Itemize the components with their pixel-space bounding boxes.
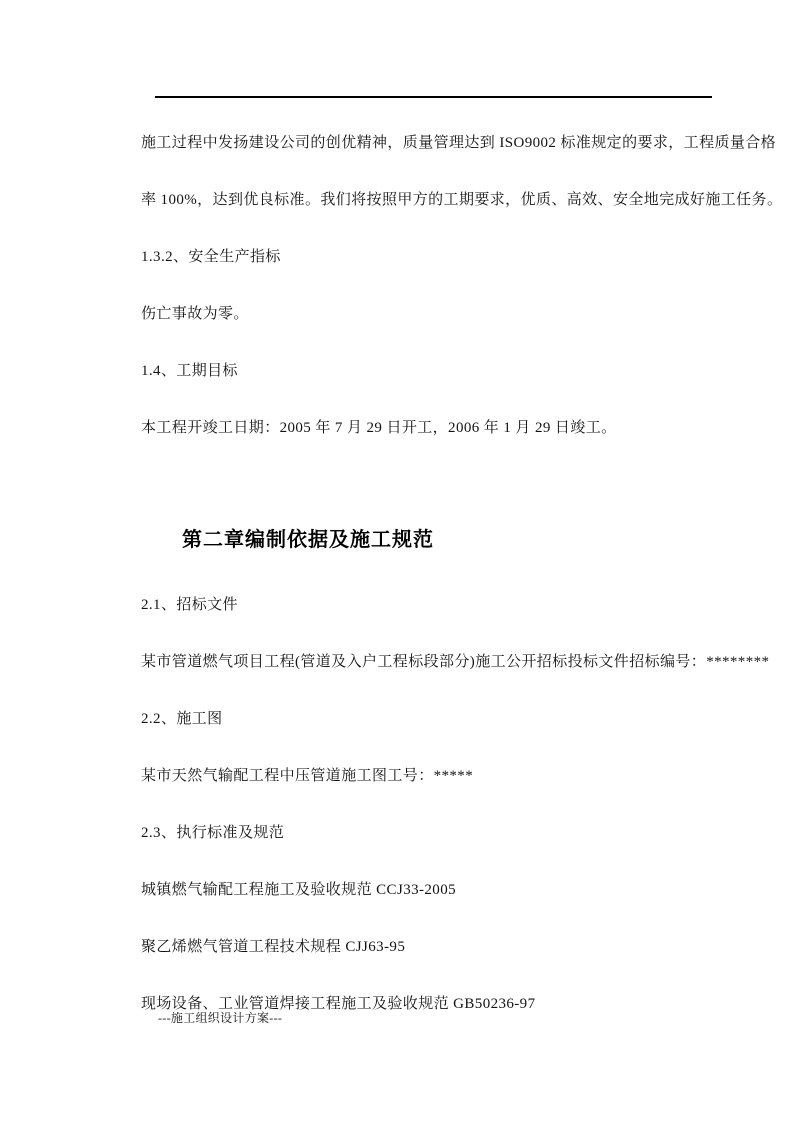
- chapter-2-heading: 第二章编制依据及施工规范: [182, 527, 434, 553]
- heading-2-3-standards: 2.3、执行标准及规范: [141, 824, 284, 843]
- para-construction-drawing: 某市天然气输配工程中压管道施工图工号：*****: [141, 767, 473, 786]
- para-start-finish-dates: 本工程开竣工日期：2005 年 7 月 29 日开工，2006 年 1 月 29…: [141, 419, 617, 438]
- heading-2-1-tender-documents: 2.1、招标文件: [141, 596, 238, 615]
- heading-1-4-schedule-target: 1.4、工期目标: [141, 362, 238, 381]
- page-footer: ---施工组织设计方案---: [158, 1011, 282, 1026]
- document-page: 施工过程中发扬建设公司的创优精神，质量管理达到 ISO9002 标准规定的要求，…: [0, 0, 793, 1122]
- intro-line-2: 率 100%，达到优良标准。我们将按照甲方的工期要求，优质、高效、安全地完成好施…: [141, 191, 782, 210]
- intro-line-1: 施工过程中发扬建设公司的创优精神，质量管理达到 ISO9002 标准规定的要求，…: [141, 134, 776, 153]
- para-zero-casualty: 伤亡事故为零。: [141, 305, 249, 324]
- header-rule: [155, 96, 712, 98]
- para-tender-document: 某市管道燃气项目工程(管道及入户工程标段部分)施工公开招标投标文件招标编号：**…: [141, 653, 769, 672]
- heading-2-2-construction-drawings: 2.2、施工图: [141, 710, 223, 729]
- heading-1-3-2-safety-target: 1.3.2、安全生产指标: [141, 248, 281, 267]
- para-standard-cjj63-95: 聚乙烯燃气管道工程技术规程 CJJ63-95: [141, 938, 405, 957]
- para-standard-ccj33-2005: 城镇燃气输配工程施工及验收规范 CCJ33-2005: [141, 881, 456, 900]
